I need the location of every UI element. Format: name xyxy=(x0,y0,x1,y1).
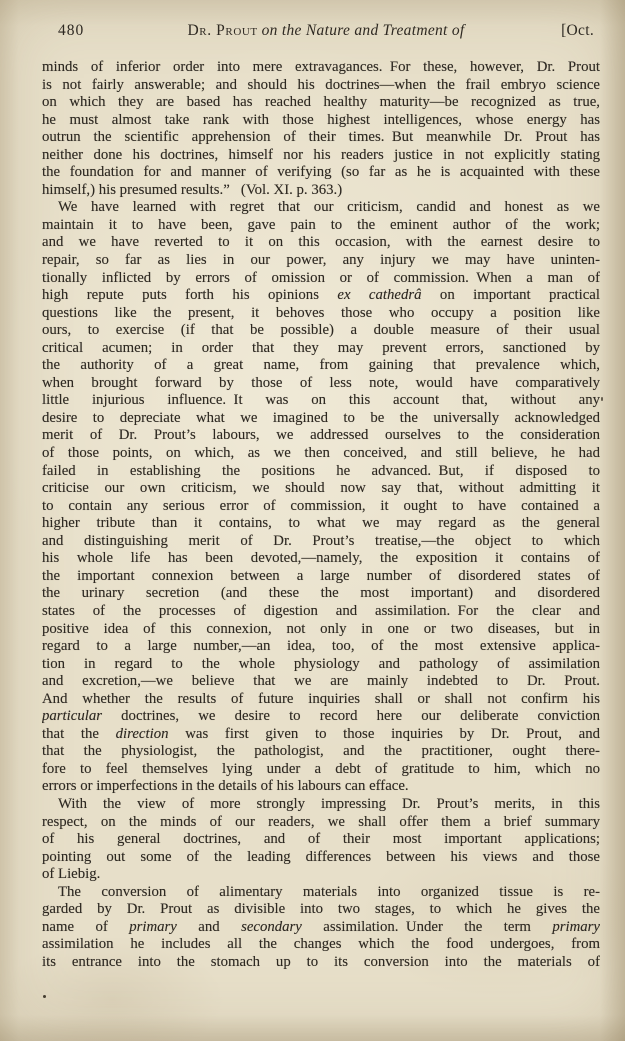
italic-text: particular xyxy=(42,708,102,724)
text-line: little injurious influence. It was on th… xyxy=(42,392,600,410)
text-line: and we have reverted to it on this occas… xyxy=(42,234,600,252)
text-line: and distinguishing merit of Dr. Prout’s … xyxy=(42,533,600,551)
text-line: fore to feel themselves lying under a de… xyxy=(42,761,600,779)
ink-speck xyxy=(601,397,603,401)
text-line: he must almost take rank with those high… xyxy=(42,112,600,130)
text-line: And whether the results of future inquir… xyxy=(42,691,600,709)
page-header: 480 Dr. Prout on the Nature and Treatmen… xyxy=(58,23,594,39)
italic-text: secondary xyxy=(241,919,302,935)
text-line: With the view of more strongly impressin… xyxy=(42,796,600,814)
scanned-page: 480 Dr. Prout on the Nature and Treatmen… xyxy=(0,0,625,1041)
page-body: minds of inferior order into mere extrav… xyxy=(42,59,600,971)
paragraph: With the view of more strongly impressin… xyxy=(42,796,600,884)
text-line: on which they are based has reached heal… xyxy=(42,94,600,112)
italic-text: ex cathedrâ xyxy=(337,287,421,303)
italic-text: direction xyxy=(116,726,169,742)
running-title: Dr. Prout on the Nature and Treatment of xyxy=(187,23,464,39)
paragraph: We have learned with regret that our cri… xyxy=(42,199,600,796)
text-line: his whole life has been devoted,—namely,… xyxy=(42,550,600,568)
text-line: positive idea of this connexion, not onl… xyxy=(42,621,600,639)
ink-speck xyxy=(46,591,48,593)
text-line: tion in regard to the whole physiology a… xyxy=(42,656,600,674)
text-line: tionally inflicted by errors of omission… xyxy=(42,270,600,288)
text-line: and excretion,—we believe that we are ma… xyxy=(42,673,600,691)
text-line: questions like the present, it behoves t… xyxy=(42,305,600,323)
paragraph: The conversion of alimentary materials i… xyxy=(42,884,600,972)
text-line: higher tribute than it contains, to what… xyxy=(42,515,600,533)
text-line: outrun the scientific apprehension of th… xyxy=(42,129,600,147)
text-line: the urinary secretion (and these the mos… xyxy=(42,585,600,603)
text-line: to contain any serious error of commissi… xyxy=(42,498,600,516)
text-line: maintain it to have been, gave pain to t… xyxy=(42,217,600,235)
text-line: pointing out some of the leading differe… xyxy=(42,849,600,867)
text-line: criticise our own criticism, we should n… xyxy=(42,480,600,498)
text-line: failed in establishing the positions he … xyxy=(42,463,600,481)
text-line: himself,) his presumed results.” (Vol. X… xyxy=(42,182,600,200)
text-line: is not fairly answerable; and should his… xyxy=(42,77,600,95)
paragraph: minds of inferior order into mere extrav… xyxy=(42,59,600,199)
text-line: particular doctrines, we desire to recor… xyxy=(42,708,600,726)
text-line: the foundation for and manner of verifyi… xyxy=(42,164,600,182)
text-line: high repute puts forth his opinions ex c… xyxy=(42,287,600,305)
text-line: assimilation he includes all the changes… xyxy=(42,936,600,954)
text-line: its entrance into the stomach up to its … xyxy=(42,954,600,972)
text-line: the important connexion between a large … xyxy=(42,568,600,586)
text-line: states of the processes of digestion and… xyxy=(42,603,600,621)
issue-date: [Oct. xyxy=(561,23,594,39)
text-line: name of primary and secondary assimilati… xyxy=(42,919,600,937)
text-line: garded by Dr. Prout as divisible into tw… xyxy=(42,901,600,919)
text-line: minds of inferior order into mere extrav… xyxy=(42,59,600,77)
text-line: The conversion of alimentary materials i… xyxy=(42,884,600,902)
text-line: of those points, on which, as we then co… xyxy=(42,445,600,463)
text-line: regard to a large number,—an idea, too, … xyxy=(42,638,600,656)
text-line: ours, to exercise (if that be possible) … xyxy=(42,322,600,340)
italic-text: primary xyxy=(129,919,177,935)
text-line: We have learned with regret that our cri… xyxy=(42,199,600,217)
text-line: desire to depreciate what we imagined to… xyxy=(42,410,600,428)
text-line: that the physiologist, the pathologist, … xyxy=(42,743,600,761)
text-line: that the direction was first given to th… xyxy=(42,726,600,744)
text-line: repair, so far as lies in our power, any… xyxy=(42,252,600,270)
italic-text: primary xyxy=(552,919,600,935)
text-line: respect, on the minds of our readers, we… xyxy=(42,814,600,832)
text-line: the authority of a great name, from gain… xyxy=(42,357,600,375)
text-line: errors or imperfections in the details o… xyxy=(42,778,600,796)
text-line: neither done his doctrines, himself nor … xyxy=(42,147,600,165)
running-title-author: Dr. Prout xyxy=(187,22,257,39)
page-number: 480 xyxy=(58,23,84,39)
text-line: of his general doctrines, and of their m… xyxy=(42,831,600,849)
ink-speck xyxy=(43,995,46,998)
text-line: critical acumen; in order that they may … xyxy=(42,340,600,358)
text-line: of Liebig. xyxy=(42,866,600,884)
text-line: merit of Dr. Prout’s labours, we address… xyxy=(42,427,600,445)
text-line: when brought forward by those of less no… xyxy=(42,375,600,393)
running-title-subject: on the Nature and Treatment of xyxy=(262,22,465,39)
